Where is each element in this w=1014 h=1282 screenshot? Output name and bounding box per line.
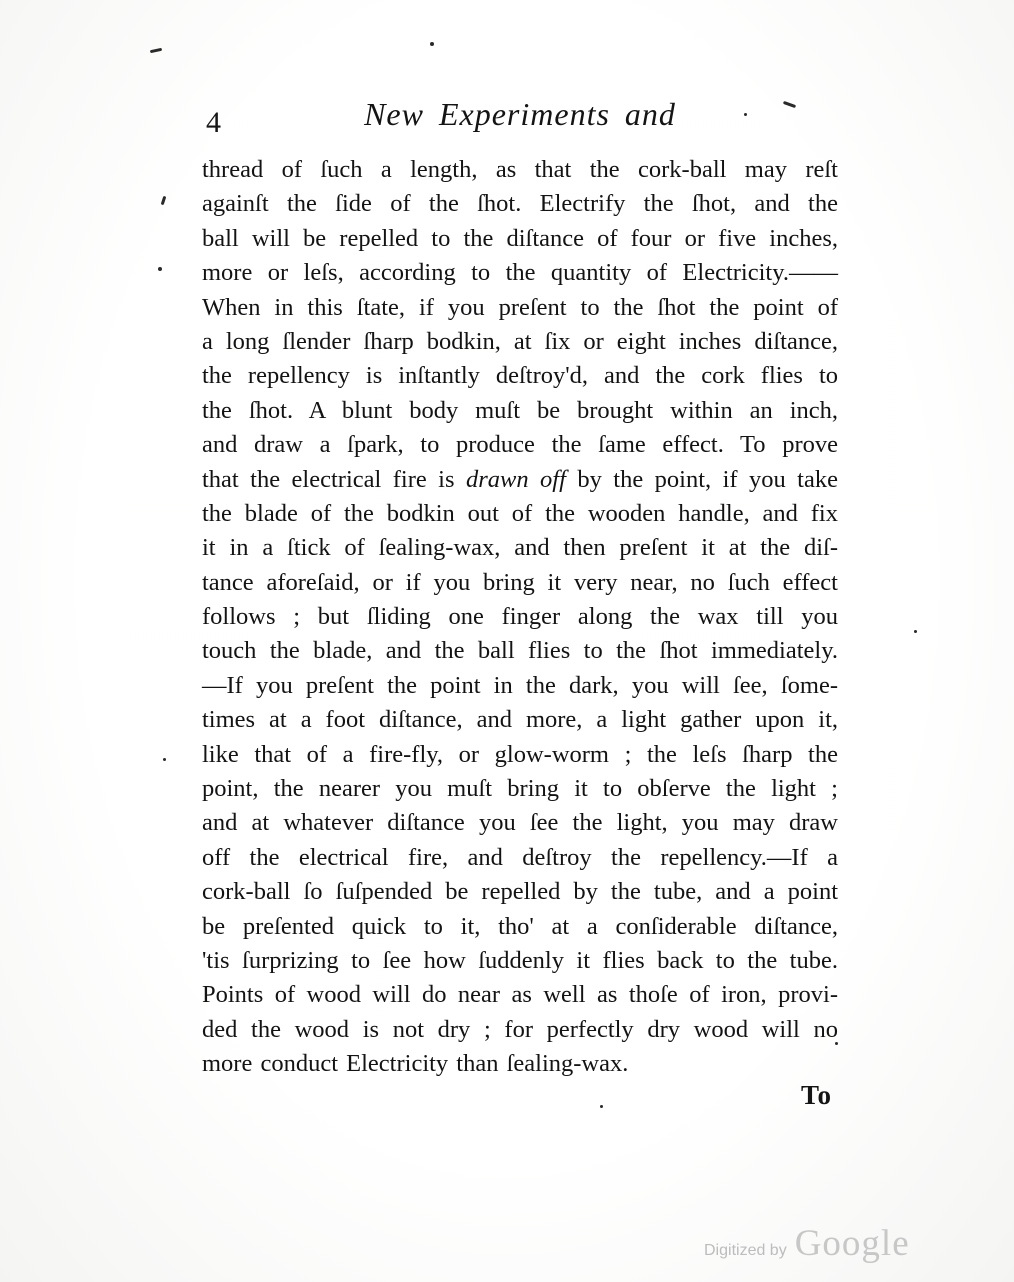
text-line: times at a foot diſtance, and more, a li…	[202, 703, 838, 737]
text-line: follows ; but ſliding one finger along t…	[202, 600, 838, 634]
scan-speck	[158, 267, 162, 271]
text-line: more or leſs, according to the quantity …	[202, 256, 838, 290]
scan-speck	[150, 48, 162, 53]
scan-speck	[430, 42, 434, 46]
scan-speck	[600, 1105, 603, 1108]
text-line: When in this ſtate, if you preſent to th…	[202, 291, 838, 325]
text-line: the ſhot. A blunt body muſt be brought w…	[202, 394, 838, 428]
page-header: 4 New Experiments and	[202, 96, 838, 148]
digitization-watermark: Digitized by Google	[704, 1222, 910, 1265]
text-line: —If you preſent the point in the dark, y…	[202, 669, 838, 703]
book-page-scan: 4 New Experiments and thread of ſuch a l…	[0, 0, 1014, 1282]
text-line: ball will be repelled to the diſtance of…	[202, 222, 838, 256]
text-line: like that of a fire-fly, or glow-worm ; …	[202, 738, 838, 772]
scan-speck	[161, 196, 167, 205]
scan-speck	[835, 1042, 838, 1045]
digitized-by-label: Digitized by	[704, 1242, 787, 1260]
text-line: touch the blade, and the ball flies to t…	[202, 634, 838, 668]
text-line: and draw a ſpark, to produce the ſame ef…	[202, 428, 838, 462]
text-line: off the electrical fire, and deſtroy the…	[202, 841, 838, 875]
text-line: that the electrical fire is drawn off by…	[202, 463, 838, 497]
text-line: the repellency is inſtantly deſtroy'd, a…	[202, 359, 838, 393]
text-line: more conduct Electricity than ſealing-wa…	[202, 1047, 838, 1081]
text-line: againſt the ſide of the ſhot. Electrify …	[202, 187, 838, 221]
catchword: To	[202, 1080, 832, 1111]
text-line: be preſented quick to it, tho' at a conſ…	[202, 910, 838, 944]
text-line: a long ſlender ſharp bodkin, at ſix or e…	[202, 325, 838, 359]
text-line: point, the nearer you muſt bring it to o…	[202, 772, 838, 806]
text-line: and at whatever diſtance you ſee the lig…	[202, 806, 838, 840]
text-line: 'tis ſurprizing to ſee how ſuddenly it f…	[202, 944, 838, 978]
text-line: it in a ſtick of ſealing-wax, and then p…	[202, 531, 838, 565]
text-line: the blade of the bodkin out of the woode…	[202, 497, 838, 531]
text-line: ded the wood is not dry ; for perfectly …	[202, 1013, 838, 1047]
google-logo: Google	[795, 1222, 910, 1265]
text-line: Points of wood will do near as well as t…	[202, 978, 838, 1012]
scan-speck	[914, 630, 917, 633]
scan-speck	[744, 113, 747, 116]
running-head-title: New Experiments and	[202, 96, 838, 133]
text-line: thread of ſuch a length, as that the cor…	[202, 153, 838, 187]
body-text: thread of ſuch a length, as that the cor…	[202, 153, 838, 1082]
text-line: tance aforeſaid, or if you bring it very…	[202, 566, 838, 600]
scan-speck	[163, 758, 166, 761]
text-line: cork-ball ſo ſuſpended be repelled by th…	[202, 875, 838, 909]
